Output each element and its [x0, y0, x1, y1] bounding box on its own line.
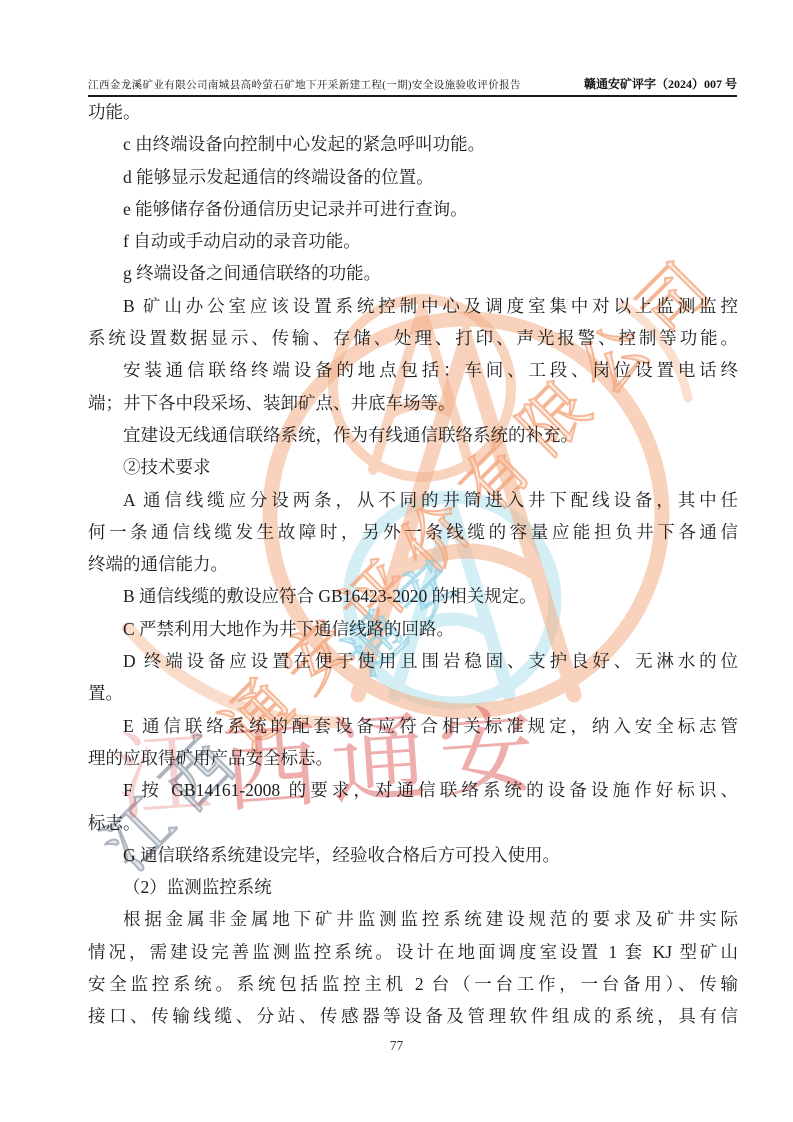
text-line: 根据金属非金属地下矿井监测监控系统建设规范的要求及矿井实际	[88, 903, 738, 935]
text-line: 标志。	[88, 807, 738, 839]
text-line: C 严禁利用大地作为井下通信线路的回路。	[88, 613, 738, 645]
text-line: 端；井下各中段采场、装卸矿点、井底车场等。	[88, 387, 738, 419]
text-line: 系统设置数据显示、传输、存储、处理、打印、声光报警、控制等功能。	[88, 322, 738, 354]
text-line: ②技术要求	[88, 451, 738, 483]
text-line: c 由终端设备向控制中心发起的紧急呼叫功能。	[88, 128, 738, 160]
text-line: e 能够储存备份通信历史记录并可进行查询。	[88, 193, 738, 225]
text-line: F 按 GB14161-2008 的要求，对通信联络系统的设备设施作好标识、	[88, 774, 738, 806]
report-page: 江西通安评价有限公司 通安 江西通安 江西金龙溪矿业有限公司南城县高岭萤石矿地下…	[0, 0, 793, 1122]
text-line: E 通信联络系统的配套设备应符合相关标准规定，纳入安全标志管	[88, 710, 738, 742]
text-line: 安装通信联络终端设备的地点包括：车间、工段、岗位设置电话终	[88, 354, 738, 386]
document-body: 功能。c 由终端设备向控制中心发起的紧急呼叫功能。d 能够显示发起通信的终端设备…	[88, 96, 738, 1033]
text-line: A 通信线缆应分设两条，从不同的井筒进入井下配线设备，其中任	[88, 484, 738, 516]
text-line: 理的应取得矿用产品安全标志。	[88, 742, 738, 774]
text-line: （2）监测监控系统	[88, 871, 738, 903]
text-line: B 通信线缆的敷设应符合 GB16423-2020 的相关规定。	[88, 580, 738, 612]
text-line: B 矿山办公室应该设置系统控制中心及调度室集中对以上监测监控	[88, 290, 738, 322]
text-line: g 终端设备之间通信联络的功能。	[88, 257, 738, 289]
text-line: D 终端设备应设置在便于使用且围岩稳固、支护良好、无淋水的位	[88, 645, 738, 677]
text-line: f 自动或手动启动的录音功能。	[88, 225, 738, 257]
text-line: 宜建设无线通信联络系统，作为有线通信联络系统的补充。	[88, 419, 738, 451]
page-number: 77	[0, 1038, 793, 1054]
text-line: 何一条通信线缆发生故障时，另外一条线缆的容量应能担负井下各通信	[88, 516, 738, 548]
text-line: d 能够显示发起通信的终端设备的位置。	[88, 161, 738, 193]
text-line: G 通信联络系统建设完毕，经验收合格后方可投入使用。	[88, 839, 738, 871]
doc-number: 赣通安矿评字（2024）007 号	[584, 75, 737, 92]
page-header: 江西金龙溪矿业有限公司南城县高岭萤石矿地下开采新建工程(一期)安全设施验收评价报…	[88, 68, 737, 97]
text-line: 安全监控系统。系统包括监控主机 2 台（一台工作，一台备用）、传输	[88, 968, 738, 1000]
text-line: 情况，需建设完善监测监控系统。设计在地面调度室设置 1 套 KJ 型矿山	[88, 936, 738, 968]
text-line: 功能。	[88, 96, 738, 128]
text-line: 置。	[88, 677, 738, 709]
report-title: 江西金龙溪矿业有限公司南城县高岭萤石矿地下开采新建工程(一期)安全设施验收评价报…	[88, 77, 521, 92]
text-line: 接口、传输线缆、分站、传感器等设备及管理软件组成的系统，具有信	[88, 1000, 738, 1032]
text-line: 终端的通信能力。	[88, 548, 738, 580]
